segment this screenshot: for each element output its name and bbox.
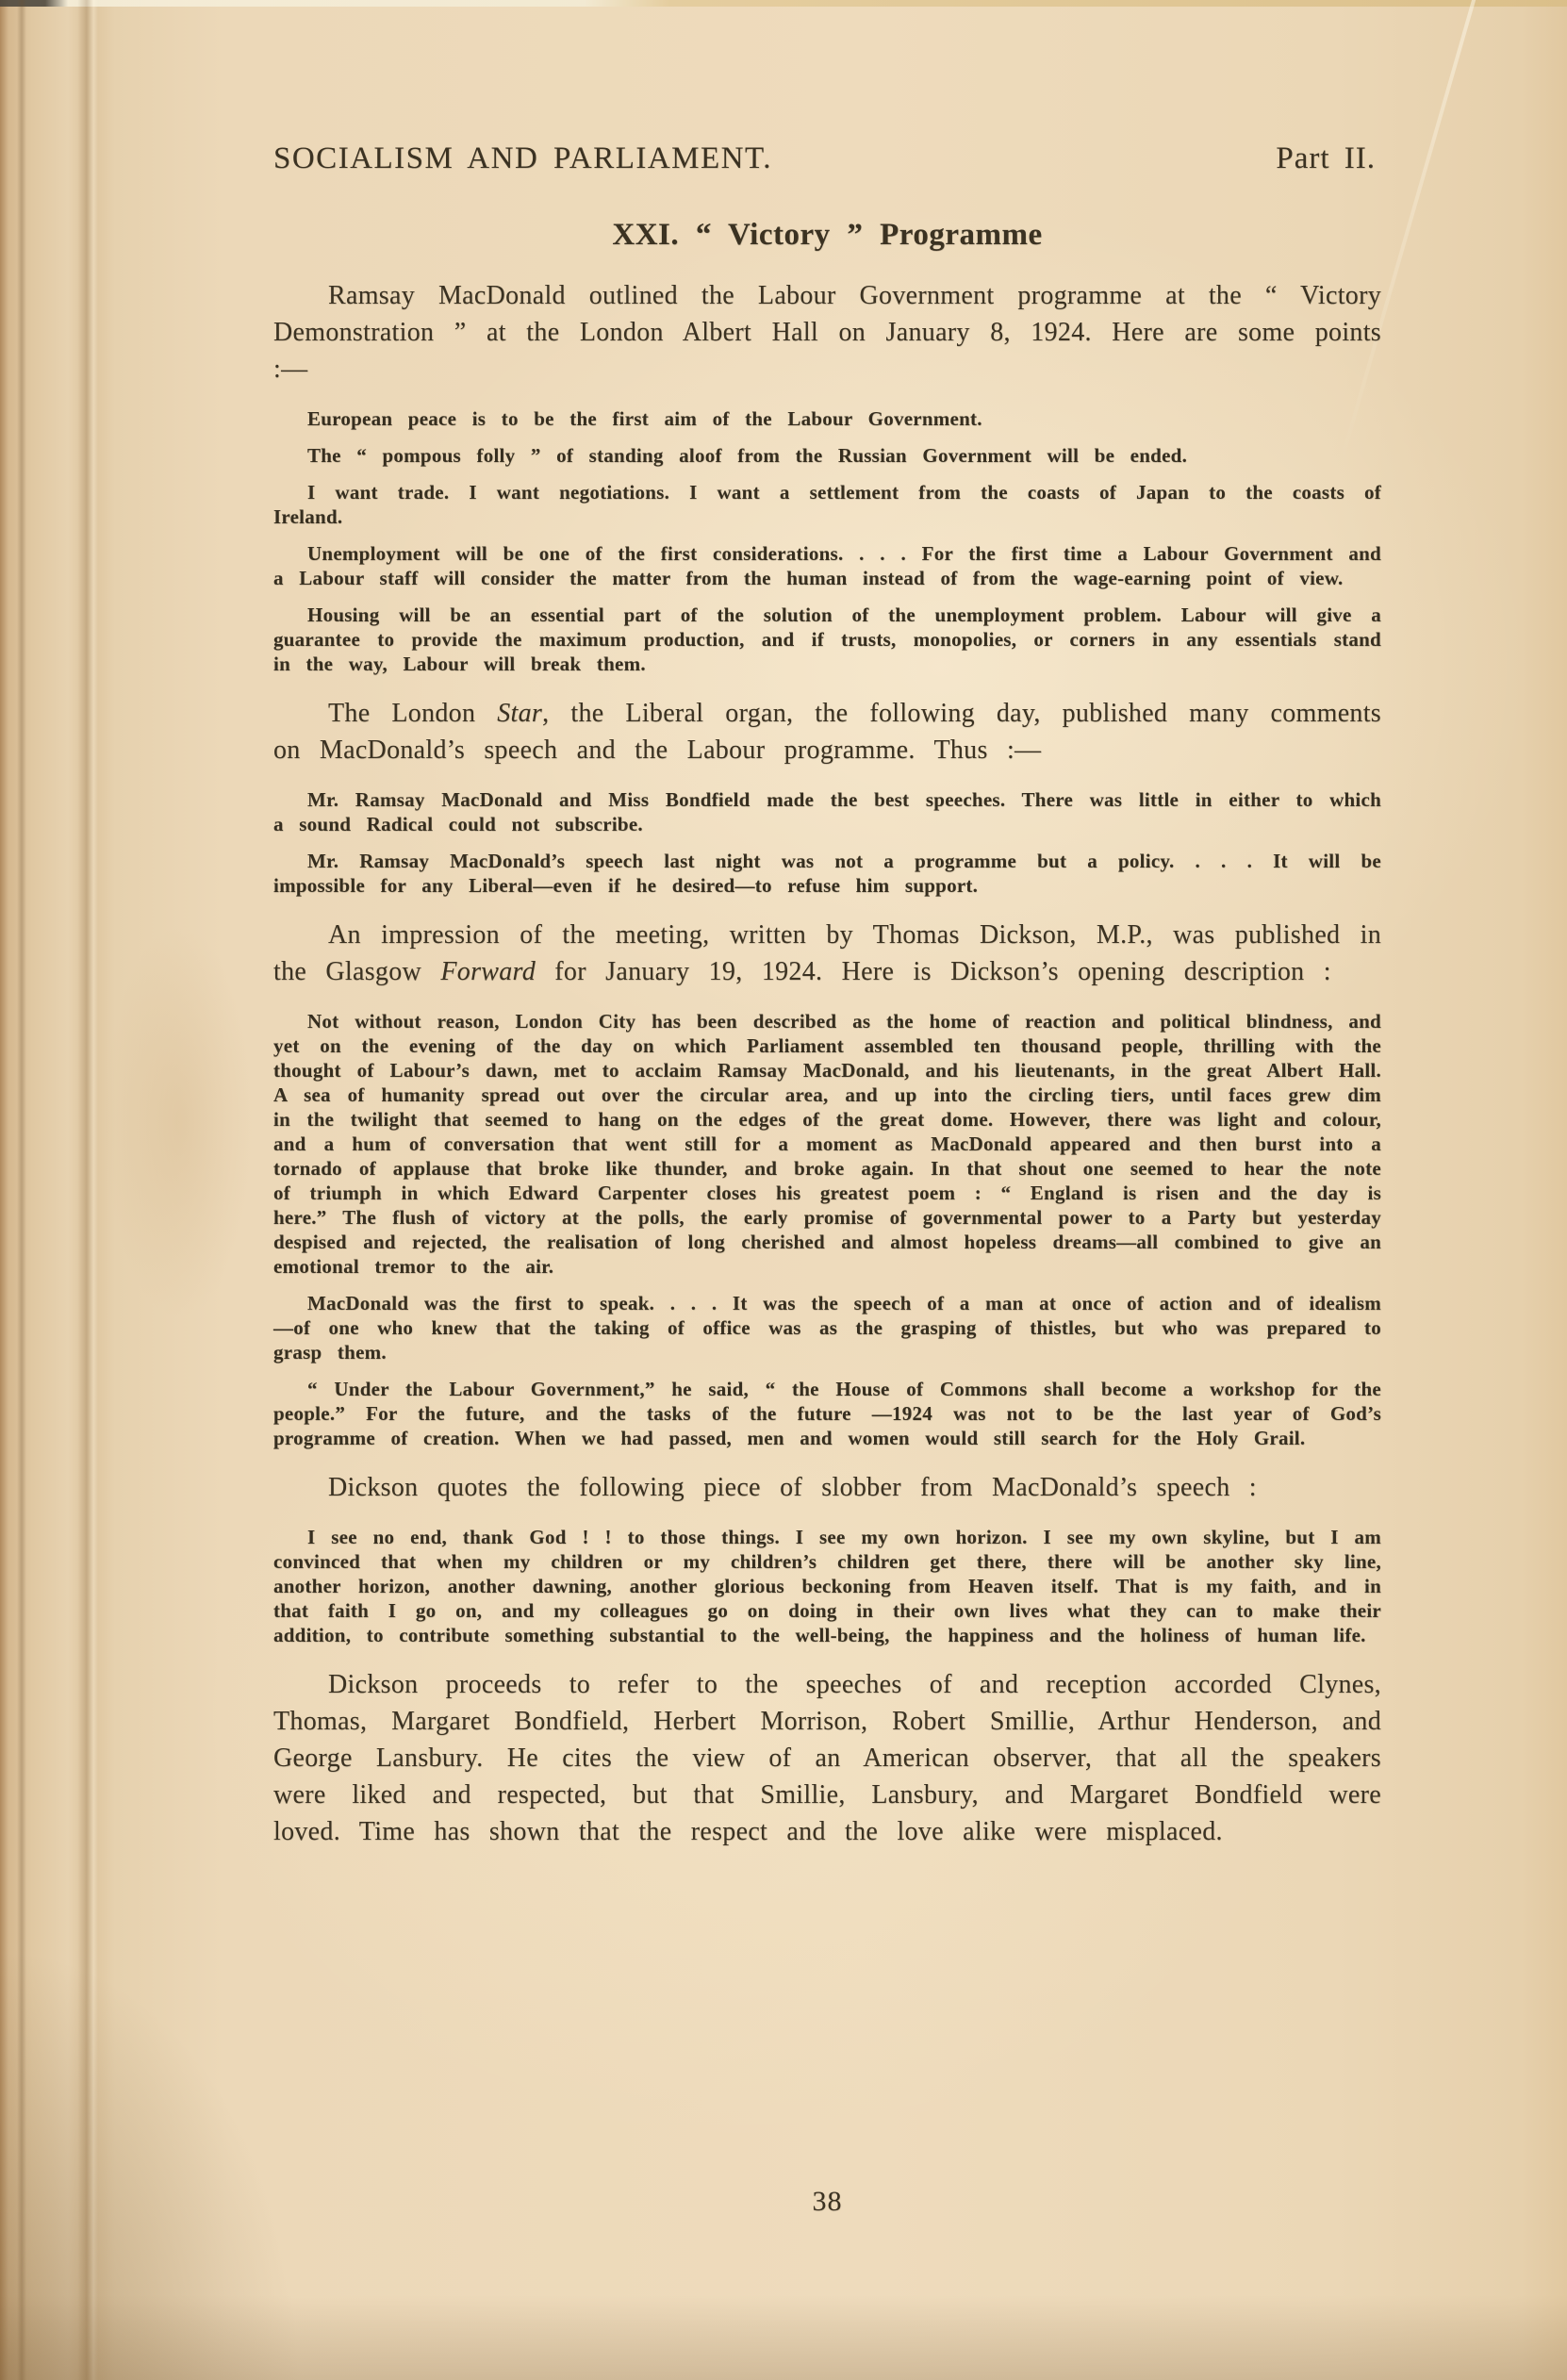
page-number: 38 [273,2186,1381,2218]
italic-publication-name: Star [497,699,542,728]
page-bottom-shadow [0,2295,1567,2380]
quote-paragraph: Housing will be an essential part of the… [273,603,1381,676]
quote-paragraph: Mr. Ramsay MacDonald’s speech last night… [273,849,1381,898]
section-heading: XXI. “ Victory ” Programme [273,218,1381,253]
running-header-title: SOCIALISM AND PARLIAMENT. [273,141,772,176]
paragraph-text: Ramsay MacDonald outlined the Labour Gov… [273,281,1381,384]
quote-paragraph: I want trade. I want negotiations. I wan… [273,480,1381,529]
quote-paragraph: European peace is to be the first aim of… [273,406,1381,431]
scan-top-edge [0,0,1567,7]
paragraph-text: Unemployment will be one of the first co… [273,542,1381,589]
paragraph-text: Mr. Ramsay MacDonald’s speech last night… [273,850,1381,897]
paragraph-text: I see no end, thank God ! ! to those thi… [273,1526,1381,1646]
body-paragraph: An impression of the meeting, written by… [273,917,1381,990]
body-paragraph: Dickson quotes the following piece of sl… [273,1469,1381,1506]
paragraph-text: Dickson quotes the following piece of sl… [328,1473,1257,1502]
paragraph-text: Not without reason, London City has been… [273,1010,1381,1278]
quote-paragraph: Mr. Ramsay MacDonald and Miss Bondfield … [273,787,1381,836]
italic-publication-name: Forward [440,957,536,986]
running-header-part: Part II. [1276,141,1381,176]
paragraph-text: Housing will be an essential part of the… [273,603,1381,675]
quote-paragraph: “ Under the Labour Government,” he said,… [273,1377,1381,1450]
paper-stain [104,924,255,1320]
quote-paragraph: Unemployment will be one of the first co… [273,541,1381,590]
paragraph-text: European peace is to be the first aim of… [307,407,982,430]
quote-paragraph: The “ pompous folly ” of standing aloof … [273,443,1381,468]
quote-paragraph: MacDonald was the first to speak. . . . … [273,1291,1381,1364]
body-paragraph: Ramsay MacDonald outlined the Labour Gov… [273,277,1381,388]
paragraph-text: The “ pompous folly ” of standing aloof … [307,444,1187,467]
page-body: Ramsay MacDonald outlined the Labour Gov… [273,277,1381,1850]
body-paragraph: Dickson proceeds to refer to the speeche… [273,1666,1381,1850]
paragraph-text: Mr. Ramsay MacDonald and Miss Bondfield … [273,788,1381,835]
scanned-book-page: SOCIALISM AND PARLIAMENT. Part II. XXI. … [0,0,1567,2380]
paragraph-text: Dickson proceeds to refer to the speeche… [273,1670,1381,1846]
body-paragraph: The London Star, the Liberal organ, the … [273,695,1381,769]
paragraph-text: “ Under the Labour Government,” he said,… [273,1378,1381,1449]
paragraph-text: MacDonald was the first to speak. . . . … [273,1292,1381,1364]
running-header: SOCIALISM AND PARLIAMENT. Part II. [273,141,1381,176]
quote-paragraph: Not without reason, London City has been… [273,1009,1381,1279]
paragraph-text: I want trade. I want negotiations. I wan… [273,481,1381,528]
paragraph-text: for January 19, 1924. Here is Dickson’s … [536,957,1331,986]
quote-paragraph: I see no end, thank God ! ! to those thi… [273,1525,1381,1647]
paragraph-text: The London [328,699,497,728]
page-content: SOCIALISM AND PARLIAMENT. Part II. XXI. … [273,141,1381,1869]
